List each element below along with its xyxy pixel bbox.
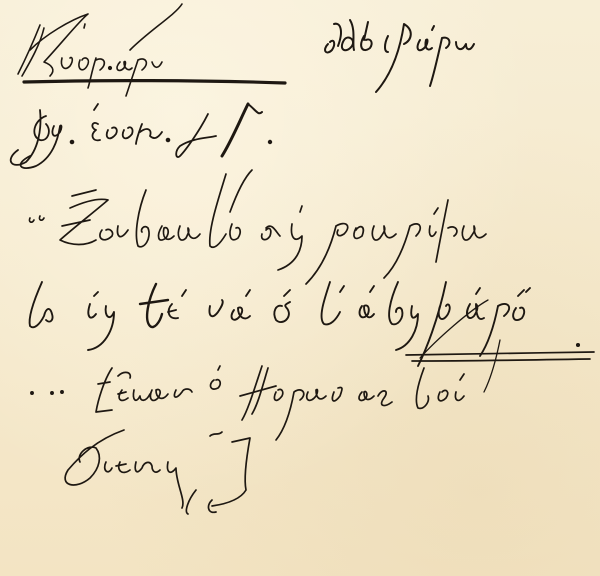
manuscript-page: Κύορ. άρι ἀδεν, ζαίρω Φγ. Ἐσοκ. 41. « Ζε… (0, 0, 600, 576)
double-underline (406, 300, 594, 392)
text-line-4-strokes (65, 430, 250, 514)
reference-strokes (11, 104, 272, 168)
handwriting-ink (0, 0, 600, 576)
heading-underline (24, 81, 285, 83)
heading-right-strokes (325, 20, 474, 92)
text-line-1-strokes (29, 170, 486, 284)
text-line-3-strokes (31, 366, 464, 440)
